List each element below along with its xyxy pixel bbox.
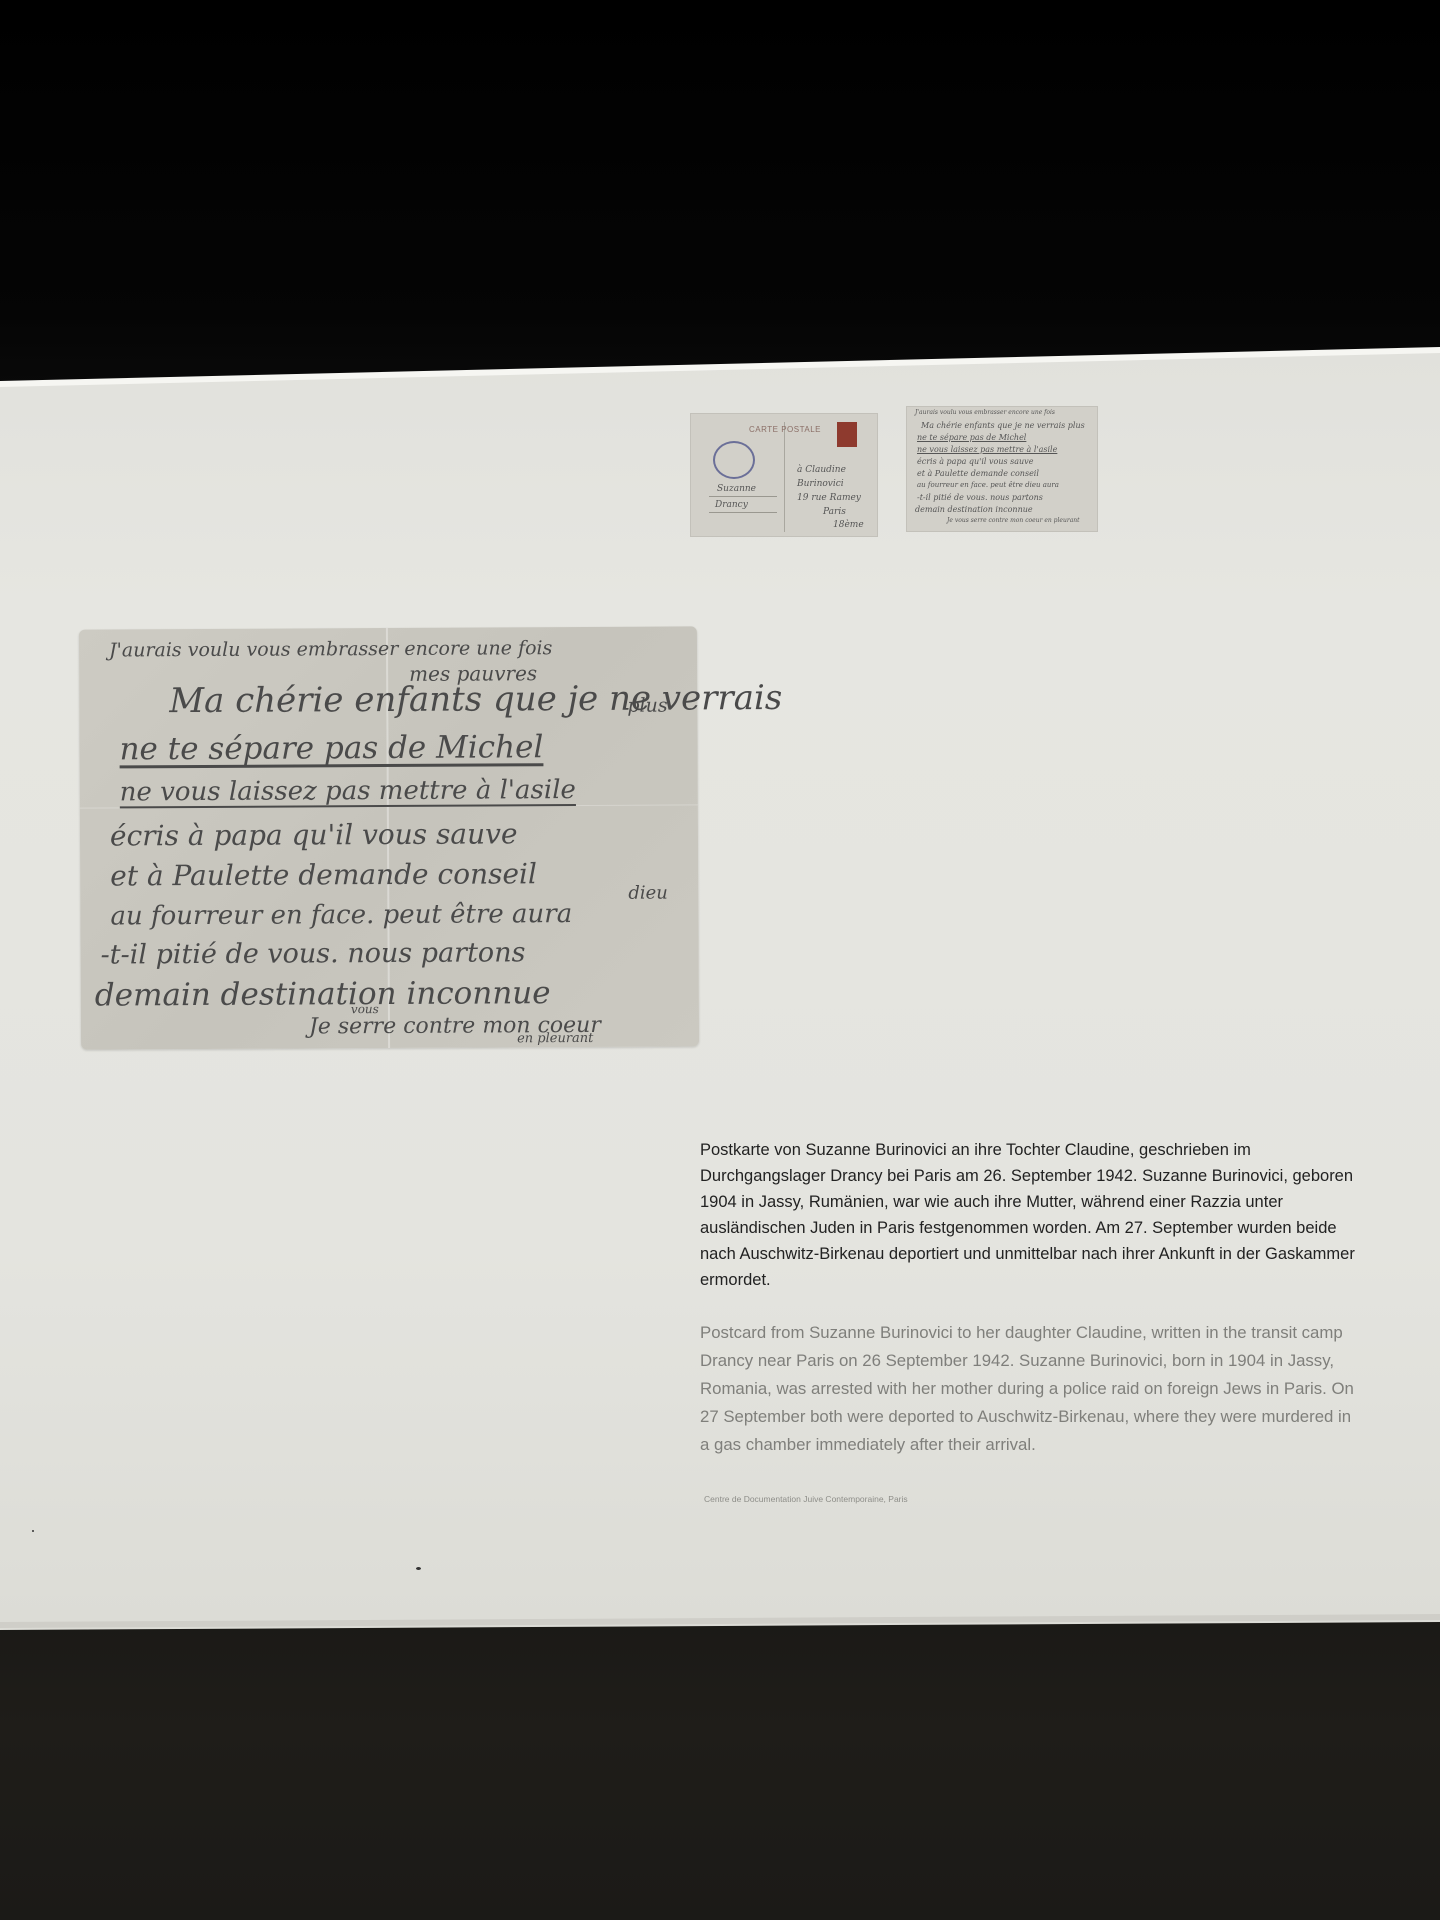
thumb-line: J'aurais voulu vous embrasser encore une… — [915, 409, 1055, 416]
recipient-arrondissement: 18ème — [833, 520, 864, 530]
sender-name: Suzanne — [717, 484, 756, 494]
dark-background-top — [0, 0, 1440, 400]
recipient-surname: Burinovici — [797, 479, 844, 489]
postcard-front-thumbnail: CARTE POSTALE Suzanne Drancy à Claudine … — [690, 413, 878, 537]
recipient-name: à Claudine — [797, 465, 846, 475]
handwriting-line: Ma chérie enfants que je ne verrais — [169, 678, 782, 721]
thumb-line: ne te sépare pas de Michel — [917, 433, 1026, 442]
caption-german: Postkarte von Suzanne Burinovici an ihre… — [700, 1137, 1365, 1293]
handwriting-line: -t-il pitié de vous. nous partons — [101, 937, 526, 970]
postage-stamp-icon — [837, 422, 857, 447]
recipient-city: Paris — [823, 507, 846, 517]
handwriting-line: dieu — [628, 883, 668, 904]
postcard-handwritten-message: J'aurais voulu vous embrasser encore une… — [79, 626, 699, 1049]
thumb-line: au fourreur en face. peut être dieu aura — [917, 481, 1059, 489]
handwriting-line: vous — [351, 1002, 379, 1016]
postcard-back-thumbnail: J'aurais voulu vous embrasser encore une… — [906, 406, 1098, 532]
thumb-line: -t-il pitié de vous. nous partons — [917, 493, 1043, 502]
caption-english: Postcard from Suzanne Burinovici to her … — [700, 1319, 1365, 1459]
rule-line — [709, 512, 777, 513]
source-credit: Centre de Documentation Juive Contempora… — [704, 1494, 908, 1504]
thumb-line: écris à papa qu'il vous sauve — [917, 457, 1033, 466]
recipient-street: 19 rue Ramey — [797, 493, 861, 503]
thumb-line: demain destination inconnue — [915, 505, 1033, 514]
dark-background-bottom — [0, 1600, 1440, 1920]
handwriting-line: plus — [627, 695, 667, 717]
thumb-line: et à Paulette demande conseil — [917, 469, 1039, 478]
sender-place: Drancy — [715, 500, 748, 510]
thumb-line: Je vous serre contre mon coeur en pleura… — [947, 517, 1080, 524]
handwriting-line: et à Paulette demande conseil — [110, 857, 537, 892]
dust-speck — [32, 1530, 34, 1532]
rule-line — [709, 496, 777, 497]
dust-speck — [416, 1567, 421, 1570]
camp-seal-icon — [713, 441, 755, 479]
handwriting-line: écris à papa qu'il vous sauve — [110, 817, 518, 852]
handwriting-line: en pleurant — [517, 1031, 593, 1046]
carte-postale-header: CARTE POSTALE — [749, 425, 821, 434]
thumb-line: ne vous laissez pas mettre à l'asile — [917, 445, 1057, 454]
handwriting-line: au fourreur en face. peut être aura — [110, 899, 572, 931]
handwriting-line: ne vous laissez pas mettre à l'asile — [120, 775, 576, 807]
handwriting-line: ne te sépare pas de Michel — [119, 729, 543, 767]
divider-line — [784, 422, 785, 532]
handwriting-line: J'aurais voulu vous embrasser encore une… — [109, 637, 552, 661]
thumb-line: Ma chérie enfants que je ne verrais plus — [921, 421, 1085, 430]
handwriting-line: demain destination inconnue — [95, 975, 551, 1013]
